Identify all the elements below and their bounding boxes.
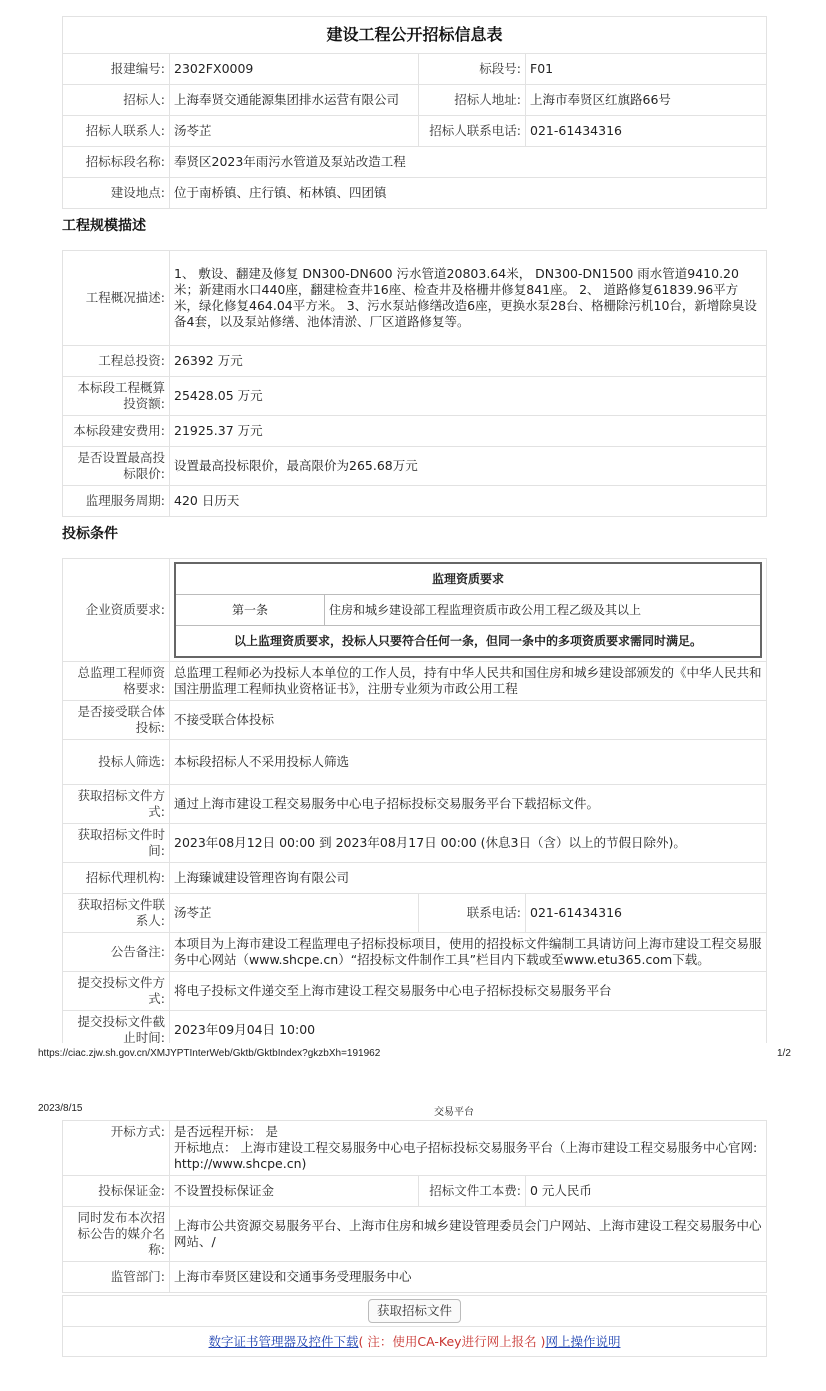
- obtain-contact: 汤苓芷: [170, 894, 419, 933]
- remark: 本项目为上海市建设工程监理电子招标投标项目，使用的招投标文件编制工具请访问上海市…: [170, 933, 767, 972]
- label: 招标标段名称:: [63, 147, 170, 178]
- page-title: 建设工程公开招标信息表: [63, 17, 767, 54]
- ca-key-note: ( 注：使用CA-Key进行网上报名 ): [359, 1334, 546, 1349]
- agency: 上海臻诚建设管理咨询有限公司: [170, 863, 767, 894]
- qualification-header: 监理资质要求: [175, 563, 761, 595]
- install-cost: 21925.37 万元: [170, 416, 767, 447]
- label: 获取招标文件时间:: [63, 824, 170, 863]
- basic-info-table: 建设工程公开招标信息表 报建编号: 2302FX0009 标段号: F01 招标…: [62, 16, 767, 209]
- cert-manager-download-link[interactable]: 数字证书管理器及控件下载: [209, 1334, 359, 1349]
- qualification-item-name: 第一条: [175, 595, 325, 626]
- doc-fee: 0 元人民币: [526, 1176, 767, 1207]
- label: 本标段建安费用:: [63, 416, 170, 447]
- label: 招标代理机构:: [63, 863, 170, 894]
- label: 获取招标文件方式:: [63, 785, 170, 824]
- actions-table: 获取招标文件 数字证书管理器及控件下载( 注：使用CA-Key进行网上报名 )网…: [62, 1295, 767, 1357]
- conditions-table: 企业资质要求: 监理资质要求 第一条 住房和城乡建设部工程监理资质市政公用工程乙…: [62, 558, 767, 1070]
- opening-info: 是否远程开标： 是 开标地点： 上海市建设工程交易服务中心电子招标投标交易服务平…: [170, 1121, 767, 1176]
- location: 位于南桥镇、庄行镇、柘林镇、四团镇: [170, 178, 767, 209]
- project-no: 2302FX0009: [170, 54, 419, 85]
- label: 投标人筛选:: [63, 740, 170, 785]
- obtain-time: 2023年08月12日 00:00 到 2023年08月17日 00:00 (休…: [170, 824, 767, 863]
- label: 报建编号:: [63, 54, 170, 85]
- footer-page-number: 1/2: [777, 1048, 791, 1059]
- get-bid-document-button[interactable]: 获取招标文件: [368, 1299, 461, 1323]
- label: 公告备注:: [63, 933, 170, 972]
- deposit: 不设置投标保证金: [170, 1176, 419, 1207]
- label: 投标保证金:: [63, 1176, 170, 1207]
- total-investment: 26392 万元: [170, 346, 767, 377]
- label: 招标人:: [63, 85, 170, 116]
- label: 是否设置最高投标限价:: [63, 447, 170, 486]
- label: 工程概况描述:: [63, 251, 170, 346]
- opening-table: 开标方式: 是否远程开标： 是 开标地点： 上海市建设工程交易服务中心电子招标投…: [62, 1120, 767, 1293]
- label: 总监理工程师资格要求:: [63, 662, 170, 701]
- submit-method: 将电子投标文件递交至上海市建设工程交易服务中心电子招标投标交易服务平台: [170, 972, 767, 1011]
- label: 本标段工程概算投资额:: [63, 377, 170, 416]
- label: 招标文件工本费:: [419, 1176, 526, 1207]
- qualification-cell: 监理资质要求 第一条 住房和城乡建设部工程监理资质市政公用工程乙级及其以上 以上…: [170, 559, 767, 662]
- obtain-phone: 021-61434316: [526, 894, 767, 933]
- label: 监管部门:: [63, 1262, 170, 1293]
- footer-url: https://ciac.zjw.sh.gov.cn/XMJYPTInterWe…: [38, 1048, 380, 1059]
- bidder-screening: 本标段招标人不采用投标人筛选: [170, 740, 767, 785]
- label: 是否接受联合体投标:: [63, 701, 170, 740]
- obtain-method: 通过上海市建设工程交易服务中心电子招标投标交易服务平台下载招标文件。: [170, 785, 767, 824]
- links-cell: 数字证书管理器及控件下载( 注：使用CA-Key进行网上报名 )网上操作说明: [63, 1327, 767, 1357]
- publish-media: 上海市公共资源交易服务平台、上海市住房和城乡建设管理委员会门户网站、上海市建设工…: [170, 1207, 767, 1262]
- chief-engineer-requirement: 总监理工程师必为投标人本单位的工作人员，持有中华人民共和国住房和城乡建设部颁发的…: [170, 662, 767, 701]
- overview: 1、 敷设、翻建及修复 DN300-DN600 污水管道20803.64米， D…: [170, 251, 767, 346]
- label: 招标人地址:: [419, 85, 526, 116]
- max-price: 设置最高投标限价，最高限价为265.68万元: [170, 447, 767, 486]
- tenderer: 上海奉贤交通能源集团排水运营有限公司: [170, 85, 419, 116]
- remote-opening: 是否远程开标： 是: [174, 1124, 762, 1140]
- contact: 汤苓芷: [170, 116, 419, 147]
- header-date: 2023/8/15: [38, 1103, 83, 1114]
- consortium: 不接受联合体投标: [170, 701, 767, 740]
- label: 同时发布本次招标公告的媒介名称:: [63, 1207, 170, 1262]
- scale-table: 工程概况描述: 1、 敷设、翻建及修复 DN300-DN600 污水管道2080…: [62, 250, 767, 517]
- qualification-item-value: 住房和城乡建设部工程监理资质市政公用工程乙级及其以上: [325, 595, 762, 626]
- tenderer-address: 上海市奉贤区红旗路66号: [526, 85, 767, 116]
- label: 监理服务周期:: [63, 486, 170, 517]
- label: 标段号:: [419, 54, 526, 85]
- button-cell: 获取招标文件: [63, 1296, 767, 1327]
- section-heading-scale: 工程规模描述: [62, 215, 146, 235]
- service-period: 420 日历天: [170, 486, 767, 517]
- label: 招标人联系电话:: [419, 116, 526, 147]
- label: 招标人联系人:: [63, 116, 170, 147]
- label: 获取招标文件联系人:: [63, 894, 170, 933]
- contact-phone: 021-61434316: [526, 116, 767, 147]
- header-title: 交易平台: [434, 1103, 474, 1118]
- section-name: 奉贤区2023年雨污水管道及泵站改造工程: [170, 147, 767, 178]
- qualification-note: 以上监理资质要求，投标人只要符合任何一条，但同一条中的多项资质要求需同时满足。: [175, 626, 761, 658]
- label: 建设地点:: [63, 178, 170, 209]
- label: 企业资质要求:: [63, 559, 170, 662]
- supervisor: 上海市奉贤区建设和交通事务受理服务中心: [170, 1262, 767, 1293]
- section-investment: 25428.05 万元: [170, 377, 767, 416]
- label: 联系电话:: [419, 894, 526, 933]
- label: 提交投标文件方式:: [63, 972, 170, 1011]
- section-heading-conditions: 投标条件: [62, 523, 118, 543]
- label: 开标方式:: [63, 1121, 170, 1176]
- label: 工程总投资:: [63, 346, 170, 377]
- online-guide-link[interactable]: 网上操作说明: [545, 1334, 620, 1349]
- qualification-table: 监理资质要求 第一条 住房和城乡建设部工程监理资质市政公用工程乙级及其以上 以上…: [174, 562, 762, 658]
- section-no: F01: [526, 54, 767, 85]
- opening-place: 开标地点： 上海市建设工程交易服务中心电子招标投标交易服务平台（上海市建设工程交…: [174, 1140, 762, 1172]
